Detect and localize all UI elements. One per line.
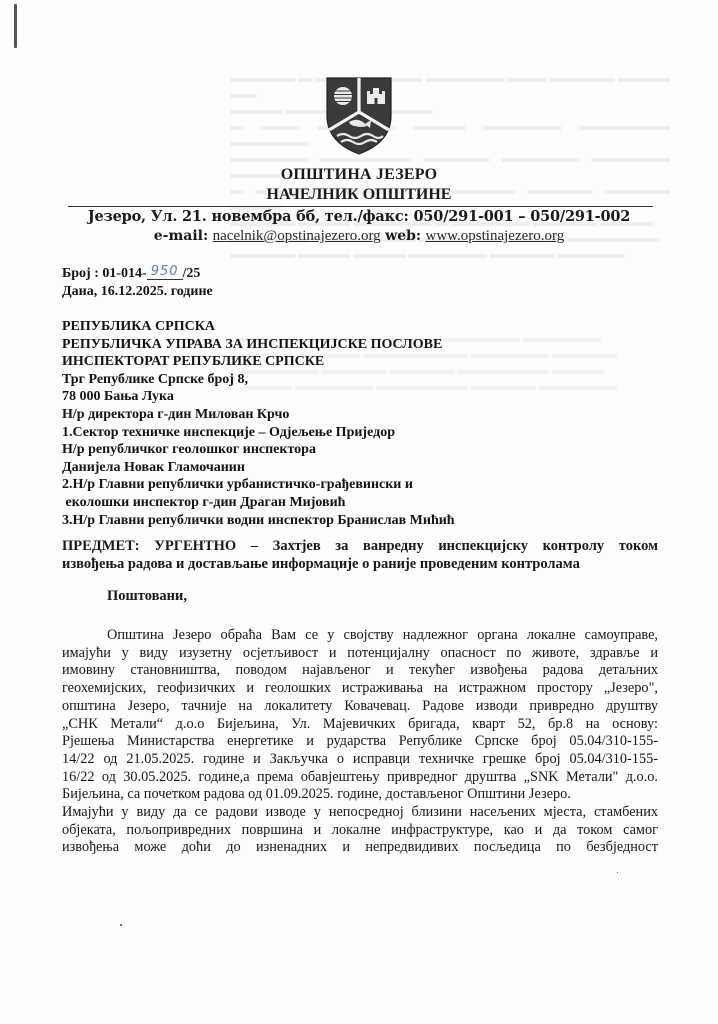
body-line: Бијељина, са почетком радова од 01.09.20… (62, 786, 658, 804)
subject-line-2: извођења радова и достављање информације… (62, 555, 658, 573)
recipient-line: Н/р републичког геолошког инспектора (62, 441, 455, 459)
reference-number-suffix: /25 (183, 266, 201, 281)
reference-block: Број : 01-014-950/25 Дана, 16.12.2025. г… (62, 265, 213, 300)
body-line: извођења може доћи до изненадних и непре… (62, 839, 658, 857)
organization-name: ОПШТИНА ЈЕЗЕРО (0, 166, 718, 184)
organization-office: НАЧЕЛНИК ОПШТИНЕ (0, 186, 718, 204)
document-date: Дана, 16.12.2025. године (62, 283, 213, 301)
recipient-block: РЕПУБЛИКА СРПСКА РЕПУБЛИЧКА УПРАВА ЗА ИН… (62, 318, 455, 529)
body-line: „СНК Метали“ д.о.о Бијељина, Ул. Мајевич… (62, 716, 658, 734)
reference-number: Број : 01-014-950/25 (62, 265, 213, 283)
body-line: Имајући у виду да се радови изводе у неп… (62, 804, 658, 822)
document-page: ▬▬▬▬▬ ▬ ▬▬▬▬ ▬▬▬▬ ▬▬▬▬▬▬ ▬▬▬ ▬▬▬▬▬ ▬▬▬▬ … (0, 0, 718, 1024)
body-line: Рјешења Министарства енергетике и рударс… (62, 733, 658, 751)
letter-body: Општина Језеро обраћа Вам се у својству … (62, 627, 658, 857)
recipient-line: еколошки инспектор г-дин Драган Мијовић (62, 494, 455, 512)
municipality-coat-of-arms-icon (325, 76, 393, 156)
recipient-line: Н/р директора г-дин Милован Крчо (62, 406, 455, 424)
recipient-line: РЕПУБЛИЧКА УПРАВА ЗА ИНСПЕКЦИЈСКЕ ПОСЛОВ… (62, 336, 455, 354)
body-line: 14/22 од 21.05.2025. године и Закључка о… (62, 751, 658, 769)
body-line: објеката, пољопривредних површина и лока… (62, 822, 658, 840)
recipient-line: ИНСПЕКТОРАТ РЕПУБЛИКЕ СРПСКЕ (62, 353, 455, 371)
body-line: 16/22 од 30.05.2025. године,а према обав… (62, 769, 658, 787)
email-link[interactable]: nacelnik@opstinajezero.org (213, 228, 381, 244)
body-line: имовину становништва, поводом најављеног… (62, 662, 658, 680)
body-line: геохемијских, геофизичких и геолошких ис… (62, 680, 658, 698)
body-line: општина Језеро, тачније на локалитету Ко… (62, 698, 658, 716)
reference-number-prefix: Број : 01-014- (62, 266, 147, 281)
scan-speck (617, 872, 618, 873)
subject-heading: ПРЕДМЕТ: УРГЕНТНО – Захтјев за ванредну … (62, 537, 658, 573)
salutation: Поштовани, (107, 588, 187, 605)
organization-contact: e-mail: nacelnik@opstinajezero.org web: … (0, 228, 718, 245)
recipient-line: 3.Н/р Главни републички водни инспектор … (62, 512, 455, 530)
scan-margin-mark (14, 4, 17, 48)
scan-speck (120, 924, 122, 926)
web-link[interactable]: www.opstinajezero.org (426, 228, 565, 244)
recipient-line: Трг Републике Српске број 8, (62, 371, 455, 389)
recipient-line: Данијела Новак Гламочанин (62, 459, 455, 477)
email-label: e-mail: (154, 228, 208, 244)
body-line: имајући у виду изузетну осјетљивост и по… (62, 645, 658, 663)
body-line: Општина Језеро обраћа Вам се у својству … (62, 627, 658, 645)
subject-line-1: ПРЕДМЕТ: УРГЕНТНО – Захтјев за ванредну … (62, 537, 658, 555)
letterhead-divider (68, 206, 653, 207)
recipient-line: 1.Сектор техничке инспекције – Одјељење … (62, 424, 455, 442)
handwritten-number: 950 (147, 264, 183, 280)
web-label: web: (385, 228, 421, 244)
recipient-line: РЕПУБЛИКА СРПСКА (62, 318, 455, 336)
organization-address: Језеро, Ул. 21. новембра бб, тел./факс: … (0, 208, 718, 225)
recipient-line: 2.Н/р Главни републички урбанистичко-гра… (62, 476, 455, 494)
recipient-line: 78 000 Бања Лука (62, 388, 455, 406)
